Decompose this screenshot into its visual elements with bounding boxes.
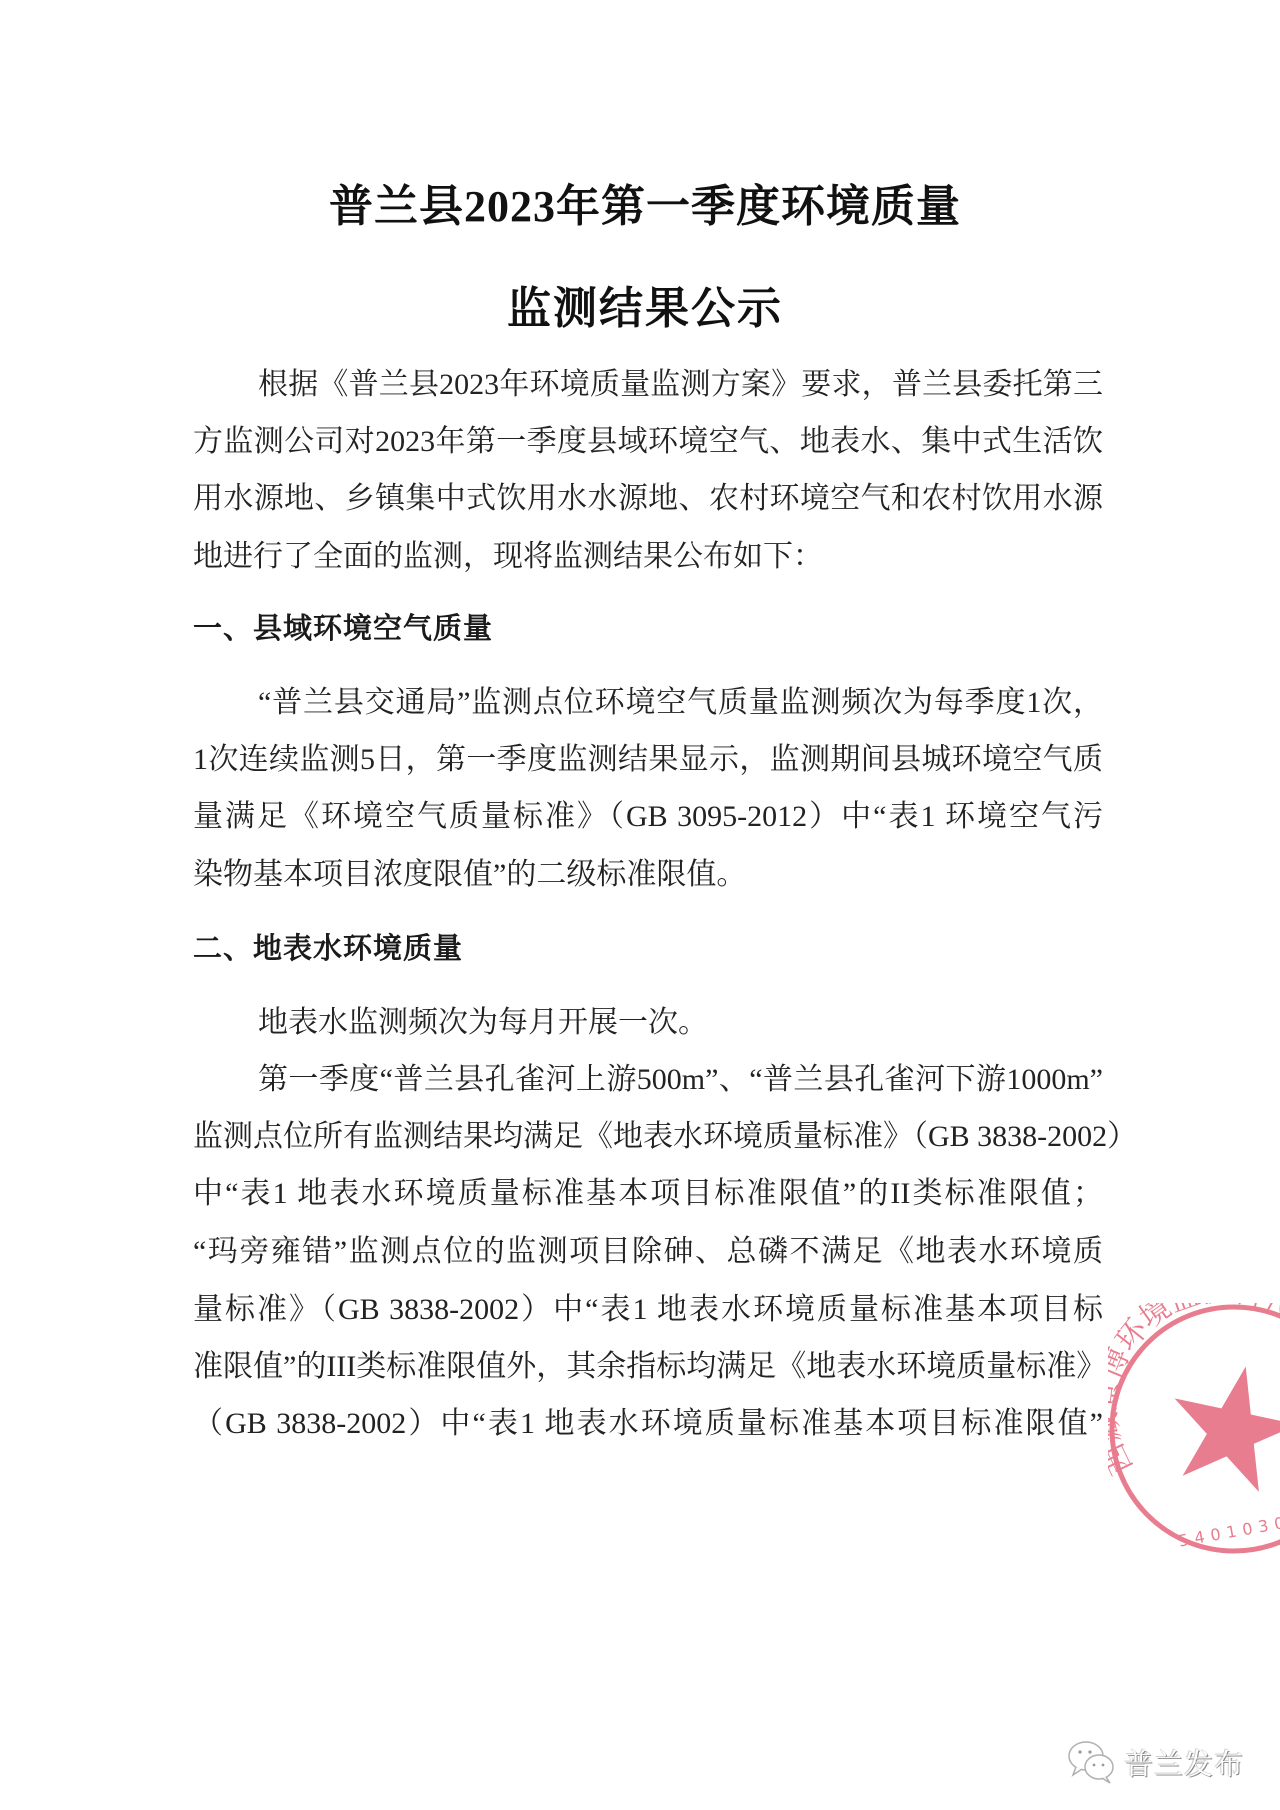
paragraph-line: 监测点位所有监测结果均满足《地表水环境质量标准》（GB 3838-2002）: [193, 1117, 1103, 1157]
paragraph-line: 量满足《环境空气质量标准》（GB 3095-2012）中“表1 环境空气污: [193, 797, 1103, 837]
document-title-line1: 普兰县2023年第一季度环境质量: [0, 182, 1280, 232]
intro-line: 根据《普兰县2023年环境质量监测方案》要求，普兰县委托第三: [258, 365, 1103, 405]
paragraph-line: “普兰县交通局”监测点位环境空气质量监测频次为每季度1次，: [258, 683, 1103, 723]
section-heading-air: 一、县域环境空气质量: [193, 608, 493, 648]
paragraph-line: 准限值”的III类标准限值外，其余指标均满足《地表水环境质量标准》: [193, 1347, 1103, 1387]
star-icon: [1159, 1353, 1280, 1497]
intro-line: 地进行了全面的监测，现将监测结果公布如下：: [193, 537, 1103, 577]
account-watermark: 普兰发布: [1066, 1740, 1244, 1784]
paragraph-line: 第一季度“普兰县孔雀河上游500m”、“普兰县孔雀河下游1000m”: [258, 1060, 1103, 1100]
paragraph-line: 1次连续监测5日，第一季度监测结果显示，监测期间县城环境空气质: [193, 740, 1103, 780]
intro-line: 方监测公司对2023年第一季度县域环境空气、地表水、集中式生活饮: [193, 422, 1103, 462]
document-title-line2: 监测结果公示: [0, 284, 1280, 334]
paragraph-line: 量标准》（GB 3838-2002）中“表1 地表水环境质量标准基本项目标: [193, 1290, 1103, 1330]
wechat-icon: [1066, 1740, 1118, 1784]
watermark-text: 普兰发布: [1124, 1742, 1244, 1783]
paragraph-line: 地表水监测频次为每月开展一次。: [258, 1003, 1103, 1043]
section-heading-surface-water: 二、地表水环境质量: [193, 928, 463, 968]
paragraph-line: 染物基本项目浓度限值”的二级标准限值。: [193, 855, 1103, 895]
paragraph-line: （GB 3838-2002）中“表1 地表水环境质量标准基本项目标准限值”: [193, 1404, 1103, 1444]
paragraph-line: “玛旁雍错”监测点位的监测项目除砷、总磷不满足《地表水环境质: [193, 1232, 1103, 1272]
paragraph-line: 中“表1 地表水环境质量标准基本项目标准限值”的II类标准限值；: [193, 1174, 1103, 1214]
official-seal: 西藏景博环境监测科技 5401030: [1108, 1303, 1280, 1555]
intro-line: 用水源地、乡镇集中式饮用水水源地、农村环境空气和农村饮用水源: [193, 479, 1103, 519]
